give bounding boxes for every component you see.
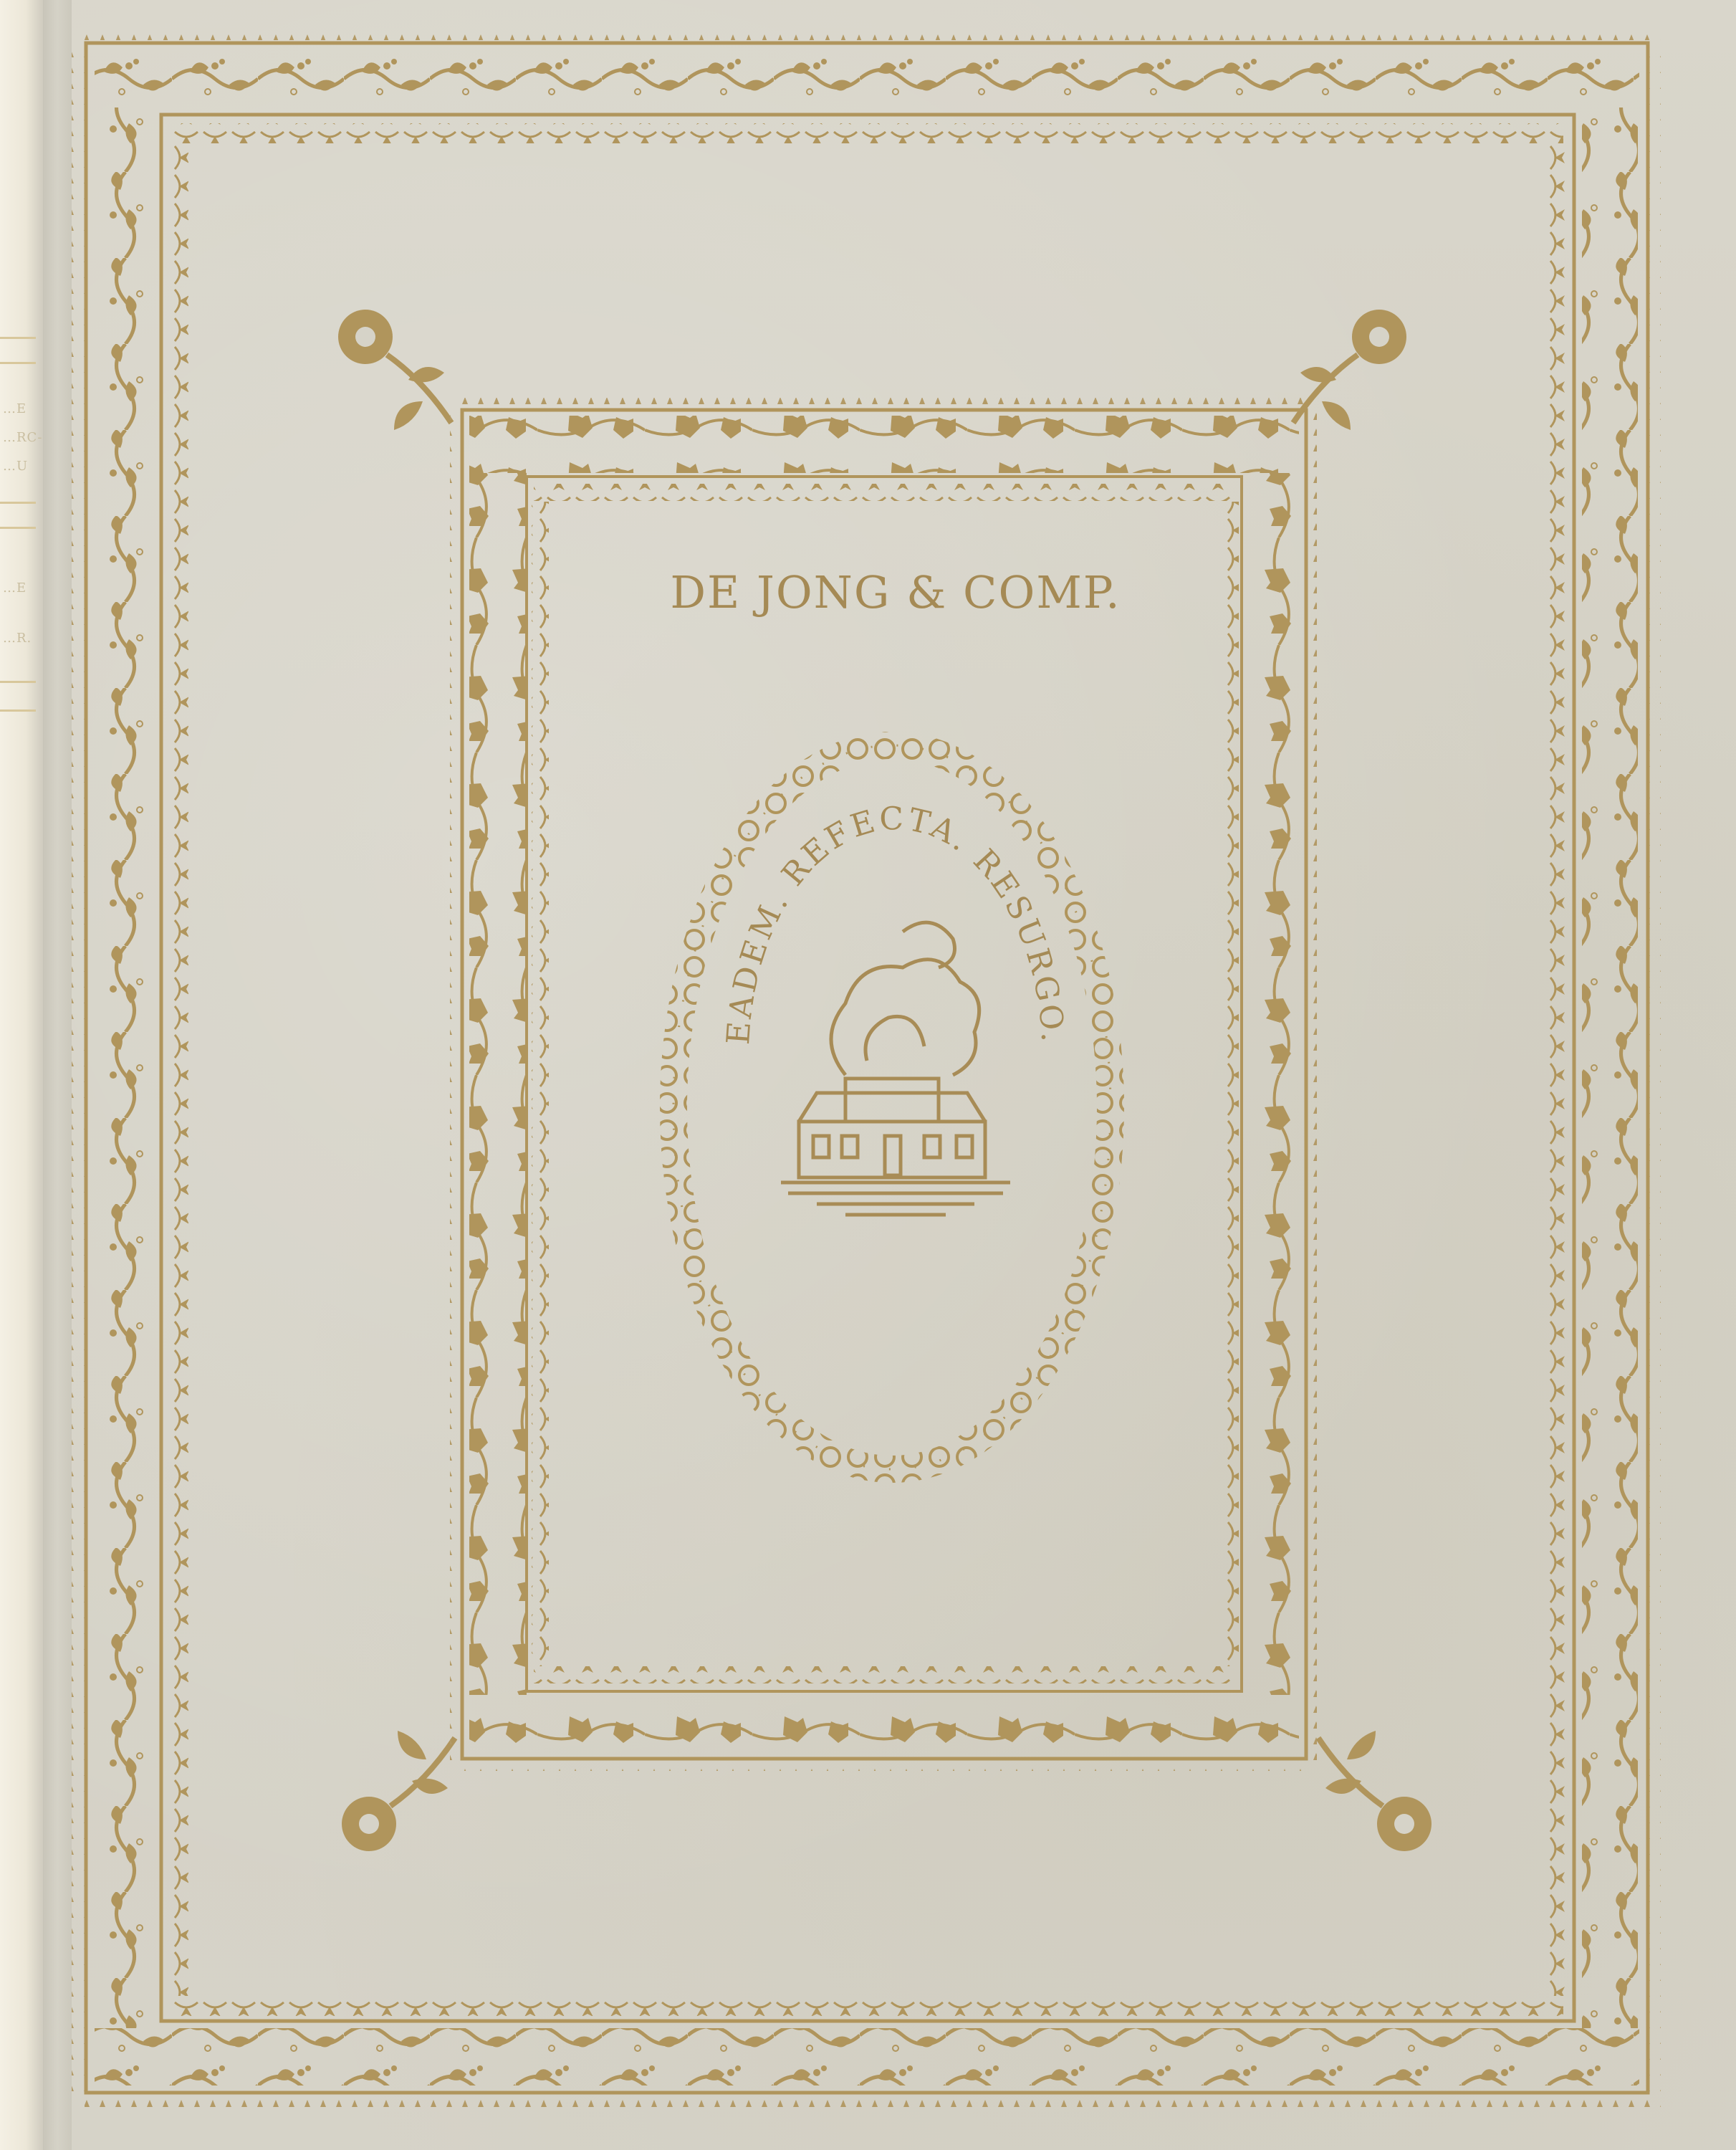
outer-border	[72, 27, 1661, 2109]
publisher-title: DE JONG & COMP.	[616, 566, 1175, 618]
oval-emblem	[673, 745, 1111, 1469]
book-cover: …E …RC- …U …E …R.	[0, 0, 1736, 2150]
gilt-ornaments	[0, 0, 1736, 2150]
burning-house-icon	[781, 922, 1010, 1215]
